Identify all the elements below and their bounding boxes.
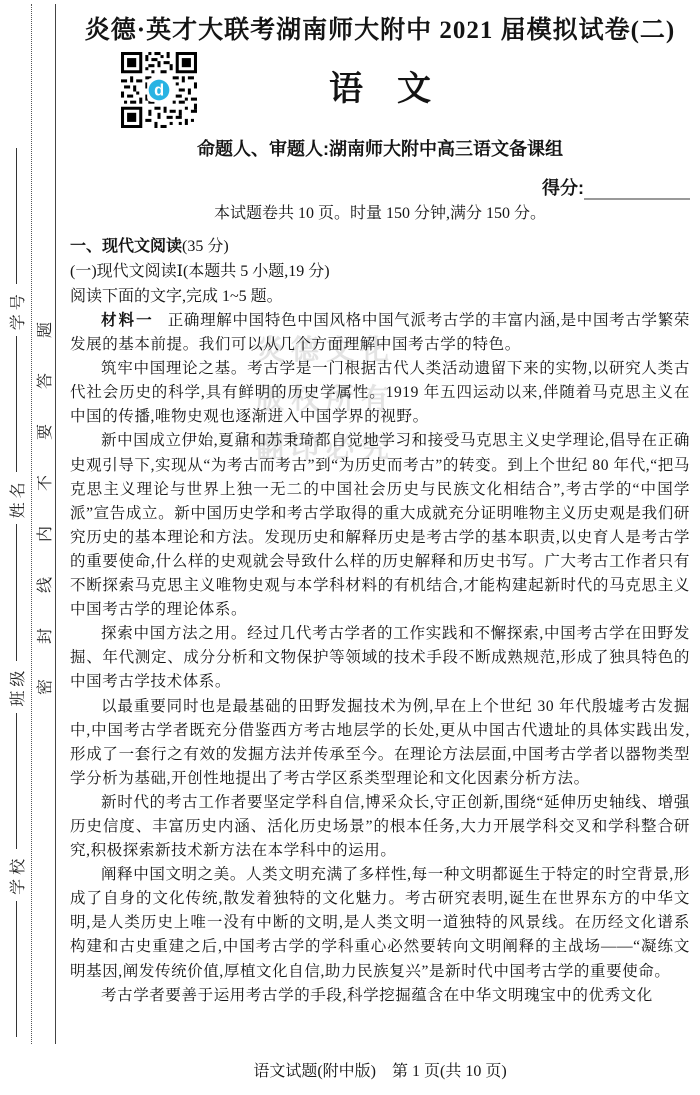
subsection-heading: (一)现代文阅读Ⅰ(本题共 5 小题,19 分) — [70, 259, 690, 284]
student-info-strip: 学校 班级 姓名 学号 — [3, 140, 30, 1045]
body-paragraph: 新时代的考古工作者要坚定学科自信,博采众长,守正创新,围绕“延伸历史轴线、增强历… — [70, 791, 690, 863]
setters-line: 命题人、审题人:湖南师大附中高三语文备课组 — [70, 138, 690, 160]
paragraph-text: 正确理解中国特色中国风格中国气派考古学的丰富内涵,是中国考古学繁荣发展的基本前提… — [70, 312, 690, 353]
score-row: 得分: — [70, 174, 690, 198]
body-paragraph: 以最重要同时也是最基础的田野发掘技术为例,早在上个世纪 30 年代殷墟考古发掘中… — [70, 695, 690, 791]
student-field-label-class: 班级 — [5, 667, 28, 707]
qr-code: d — [121, 52, 197, 128]
student-field-blank — [16, 148, 17, 284]
student-field-blank — [16, 713, 17, 849]
student-field-blank — [16, 336, 17, 472]
paper-info: 本试题卷共 10 页。时量 150 分钟,满分 150 分。 — [70, 203, 690, 224]
body-paragraph: 新中国成立伊始,夏鼐和苏秉琦都自觉地学习和接受马克思主义史学理论,倡导在正确史观… — [70, 429, 690, 622]
body-paragraph: 探索中国方法之用。经过几代考古学者的工作实践和不懈探索,中国考古学在田野发掘、年… — [70, 622, 690, 694]
score-label: 得分: — [542, 178, 584, 198]
main-column: 炎德·英才大联考湖南师大附中 2021 届模拟试卷(二) 语 文 命题人、审题人… — [70, 0, 690, 1008]
student-field-label-number: 学号 — [5, 290, 28, 330]
student-field-label-name: 姓名 — [5, 478, 28, 518]
seal-warning-text: 密封线内不要答题 — [35, 285, 56, 695]
section-heading-text: 一、现代文阅读 — [70, 238, 182, 255]
page-footer: 语文试题(附中版) 第 1 页(共 10 页) — [70, 1058, 690, 1081]
student-field-blank — [16, 524, 17, 660]
exam-title: 炎德·英才大联考湖南师大附中 2021 届模拟试卷(二) — [70, 15, 690, 47]
body-paragraph: 考古学者要善于运用考古学的手段,科学挖掘蕴含在中华文明瑰宝中的优秀文化 — [70, 984, 690, 1008]
reading-instruction: 阅读下面的文字,完成 1~5 题。 — [70, 284, 690, 309]
student-field-label-school: 学校 — [5, 855, 28, 895]
section-heading: 一、现代文阅读(35 分) — [70, 234, 690, 259]
student-field-blank — [16, 901, 17, 1037]
score-blank-line — [584, 180, 690, 200]
body-paragraph: 阐释中国文明之美。人类文明充满了多样性,每一种文明都诞生于特定的时空背景,形成了… — [70, 863, 690, 983]
body-paragraph: 筑牢中国理论之基。考古学是一门根据古代人类活动遗留下来的实物,以研究人类古代社会… — [70, 357, 690, 429]
material-paragraph: 材料一正确理解中国特色中国风格中国气派考古学的丰富内涵,是中国考古学繁荣发展的基… — [70, 309, 690, 357]
section-score: (35 分) — [182, 238, 229, 255]
exam-paper-page: { "header": { "exam_title": "炎德·英才大联考湖南师… — [0, 0, 700, 1095]
qr-logo-letter: d — [154, 82, 164, 100]
material-label: 材料一 — [101, 312, 154, 329]
seal-dotted-line — [31, 4, 32, 1044]
